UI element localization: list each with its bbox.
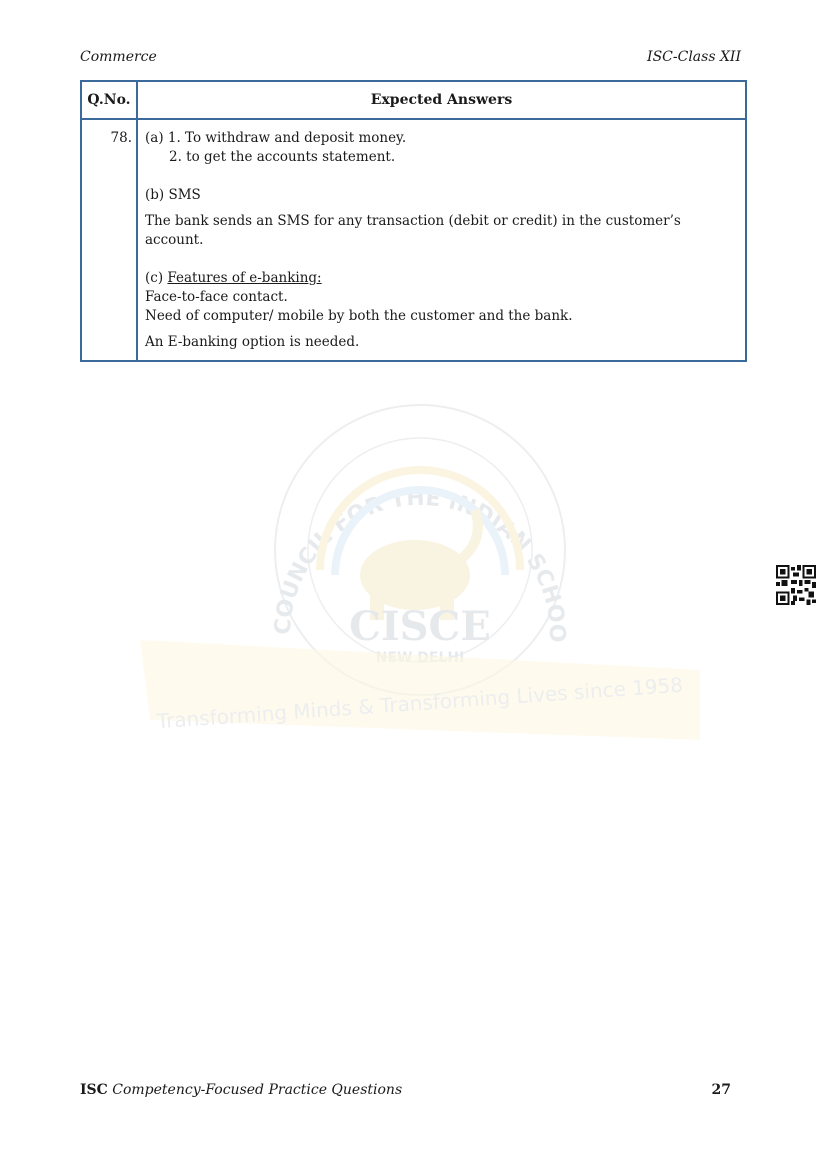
column-header-expected-answers: Expected Answers: [137, 81, 746, 119]
watermark-ring-text: COUNCIL FOR THE INDIAN SCHOOL CERTIFICAT…: [140, 400, 569, 643]
answer-cell: (a) 1. To withdraw and deposit money. 2.…: [137, 119, 746, 361]
table-row: 78. (a) 1. To withdraw and deposit money…: [81, 119, 746, 361]
question-number: 78.: [81, 119, 137, 361]
footer-book-title: Competency-Focused Practice Questions: [112, 1082, 402, 1098]
answers-table: Q.No. Expected Answers 78. (a) 1. To wit…: [80, 80, 747, 362]
qr-code-icon[interactable]: [776, 565, 816, 605]
answer-c-line-1: Face-to-face contact.: [145, 288, 737, 307]
watermark-city: NEW DELHI: [376, 650, 465, 666]
answer-c-title: Features of e-banking:: [167, 270, 321, 286]
watermark-logo-text: CISCE: [349, 603, 491, 650]
answer-a-line-2: 2. to get the accounts statement.: [145, 148, 737, 167]
watermark-banner: Transforming Minds & Transforming Lives …: [155, 673, 684, 734]
answer-c-prefix: (c): [145, 270, 167, 286]
answer-a-line-1: (a) 1. To withdraw and deposit money.: [145, 129, 737, 148]
elephant-icon: [360, 540, 470, 610]
cisce-watermark-logo: COUNCIL FOR THE INDIAN SCHOOL CERTIFICAT…: [140, 400, 700, 760]
column-header-qno: Q.No.: [81, 81, 137, 119]
answer-b-heading: (b) SMS: [145, 186, 737, 205]
svg-text:COUNCIL FOR THE INDIAN SCHOOL: COUNCIL FOR THE INDIAN SCHOOL CERTIFICAT…: [140, 400, 569, 643]
running-header-class: ISC-Class XII: [647, 49, 741, 65]
running-header-subject: Commerce: [80, 49, 157, 65]
answer-c-line-2: Need of computer/ mobile by both the cus…: [145, 307, 737, 326]
answer-c-heading: (c) Features of e-banking:: [145, 269, 737, 288]
page-number: 27: [712, 1082, 731, 1098]
answer-b-text: The bank sends an SMS for any transactio…: [145, 212, 737, 250]
footer-brand: ISC: [80, 1082, 108, 1098]
answer-c-line-3: An E-banking option is needed.: [145, 333, 737, 352]
footer-title: ISC Competency-Focused Practice Question…: [80, 1082, 402, 1098]
table-header-row: Q.No. Expected Answers: [81, 81, 746, 119]
